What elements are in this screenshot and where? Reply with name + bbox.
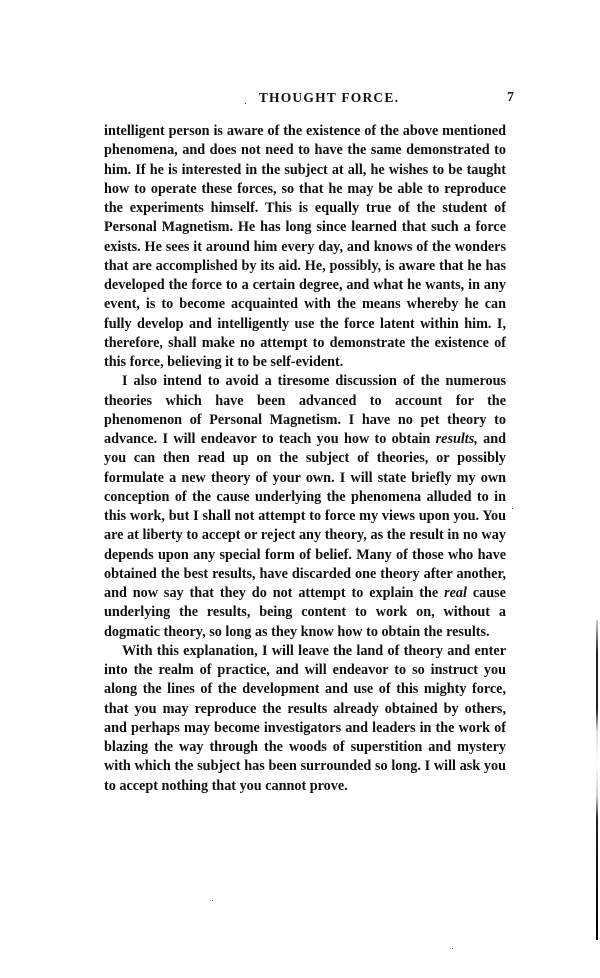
paragraph-3: With this explanation, I will leave the …	[104, 642, 506, 796]
emphasis-results: results,	[436, 431, 478, 447]
scan-speck	[245, 103, 246, 104]
scan-edge-line	[596, 620, 598, 940]
paragraph-2-part-2: and you can then read up on the subject …	[104, 431, 506, 601]
scan-speck	[512, 508, 513, 509]
running-header: THOUGHT FORCE. 7	[104, 90, 514, 110]
paragraph-2: I also intend to avoid a tiresome discus…	[104, 372, 506, 642]
running-title: THOUGHT FORCE.	[144, 90, 514, 106]
paragraph-1: intelligent person is aware of the exist…	[104, 122, 506, 372]
scan-speck	[452, 948, 453, 949]
emphasis-real: real	[444, 585, 467, 601]
page-number: 7	[507, 90, 514, 106]
scan-speck	[212, 900, 213, 901]
book-page: THOUGHT FORCE. 7 intelligent person is a…	[0, 0, 600, 978]
body-text: intelligent person is aware of the exist…	[104, 122, 506, 796]
